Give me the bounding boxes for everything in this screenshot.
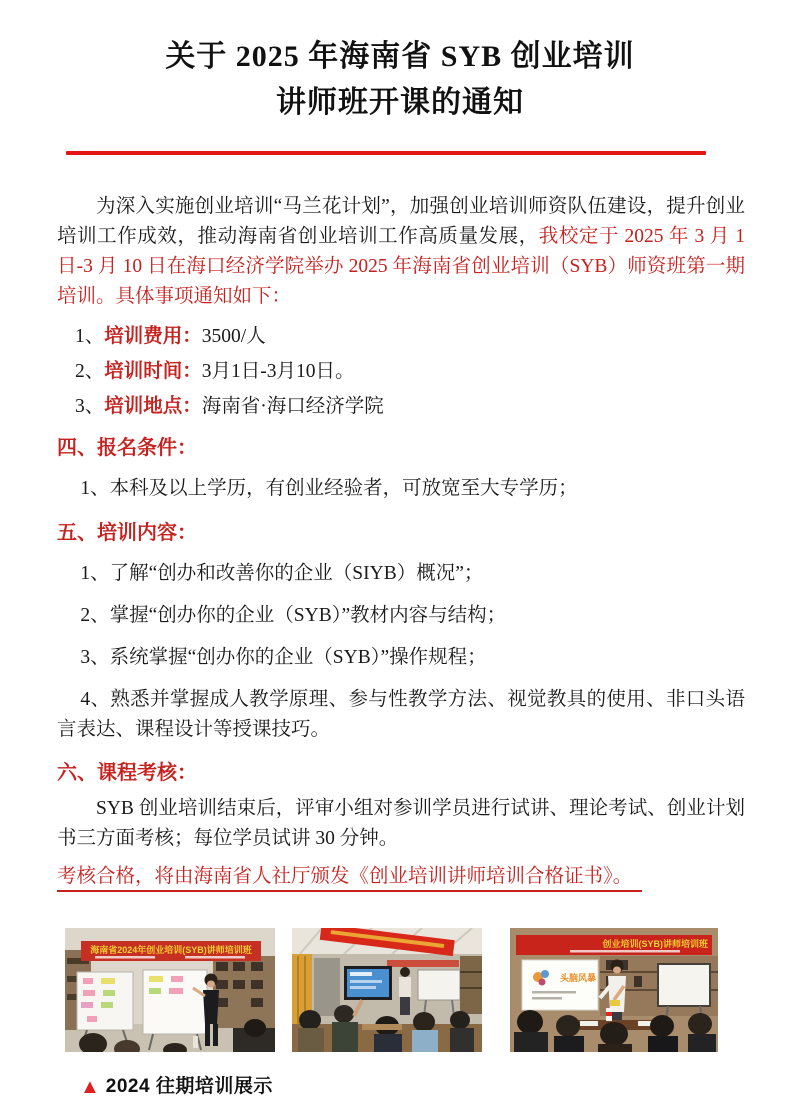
photo-training-brainstorm: 创业培训(SYB)讲师培训班 头脑风暴 — [510, 928, 718, 1052]
tv-screen — [344, 966, 392, 1000]
content-item-4: 4、熟悉并掌握成人教学原理、参与性教学方法、视觉教具的使用、非口头语言表达、课程… — [57, 685, 745, 745]
photo-caption: ▲ 2024 往期培训展示 — [57, 1074, 745, 1100]
list-item-location: 3、培训地点：海南省·海口经济学院 — [57, 392, 745, 422]
photo3-banner: 创业培训(SYB)讲师培训班 — [516, 935, 712, 955]
title-divider-rule — [66, 151, 706, 155]
training-content-list: 1、了解“创办和改善你的企业（SIYB）概况”； 2、掌握“创办你的企业（SYB… — [57, 559, 745, 745]
certificate-note: 考核合格，将由海南省人社厅颁发《创业培训讲师培训合格证书》。 — [57, 862, 745, 892]
certificate-note-text: 考核合格，将由海南省人社厅颁发《创业培训讲师培训合格证书》。 — [57, 866, 642, 892]
content-item-3: 3、系统掌握“创办你的企业（SYB）”操作规程； — [57, 643, 745, 673]
presentation-screen: 头脑风暴 — [522, 960, 598, 1010]
notice-document: 关于 2025 年海南省 SYB 创业培训 讲师班开课的通知 为深入实施创业培训… — [0, 0, 800, 1120]
intro-paragraph: 为深入实施创业培训“马兰花计划”，加强创业培训师资队伍建设，提升创业培训工作成效… — [57, 192, 745, 312]
list-item-fee: 1、培训费用：3500/人 — [57, 322, 745, 352]
list-item-time: 2、培训时间：3月1日-3月10日。 — [57, 357, 745, 387]
photo3-banner-text: 创业培训(SYB)讲师培训班 — [601, 938, 709, 949]
item-value: 海南省·海口经济学院 — [202, 396, 384, 417]
presenter-figure — [399, 967, 411, 1015]
item-label: 培训时间： — [104, 361, 202, 382]
photo1-banner: 海南省2024年创业培训(SYB)讲师培训班 — [81, 941, 261, 961]
wall-panel — [314, 958, 340, 1016]
triangle-marker-icon: ▲ — [80, 1074, 100, 1100]
assessment-paragraph: SYB 创业培训结束后，评审小组对参训学员进行试讲、理论考试、创业计划书三方面考… — [57, 794, 745, 854]
photo-caption-text: 2024 往期培训展示 — [106, 1074, 273, 1100]
document-title: 关于 2025 年海南省 SYB 创业培训 讲师班开课的通知 — [0, 34, 800, 126]
content-item-1: 1、了解“创办和改善你的企业（SIYB）概况”； — [57, 559, 745, 589]
item-label: 培训费用： — [104, 326, 202, 347]
item-number: 3、 — [75, 396, 104, 417]
section-heading-content: 五、培训内容： — [57, 518, 745, 548]
photo3-screen-title: 头脑风暴 — [560, 972, 596, 983]
section-heading-requirements: 四、报名条件： — [57, 433, 745, 463]
document-body: 为深入实施创业培训“马兰花计划”，加强创业培训师资队伍建设，提升创业培训工作成效… — [0, 192, 800, 1100]
content-item-2: 2、掌握“创办你的企业（SYB）”教材内容与结构； — [57, 601, 745, 631]
photo-training-screen — [292, 928, 482, 1052]
document-title-line2: 讲师班开课的通知 — [0, 80, 800, 126]
photo-training-flipcharts: 海南省2024年创业培训(SYB)讲师培训班 — [65, 928, 275, 1052]
item-number: 2、 — [75, 361, 104, 382]
item-value: 3500/人 — [202, 326, 266, 347]
requirements-item: 1、本科及以上学历，有创业经验者，可放宽至大专学历； — [57, 474, 745, 504]
item-label: 培训地点： — [104, 396, 202, 417]
document-title-line1: 关于 2025 年海南省 SYB 创业培训 — [0, 34, 800, 80]
photo-row: 海南省2024年创业培训(SYB)讲师培训班 — [65, 928, 745, 1052]
back-wall-banner — [387, 960, 459, 967]
photo1-banner-text: 海南省2024年创业培训(SYB)讲师培训班 — [90, 944, 253, 955]
section-heading-assessment: 六、课程考核： — [57, 758, 745, 788]
item-number: 1、 — [75, 326, 104, 347]
item-value: 3月1日-3月10日。 — [202, 361, 355, 382]
bookshelf — [460, 956, 482, 1014]
key-facts-list: 1、培训费用：3500/人 2、培训时间：3月1日-3月10日。 3、培训地点：… — [57, 322, 745, 422]
